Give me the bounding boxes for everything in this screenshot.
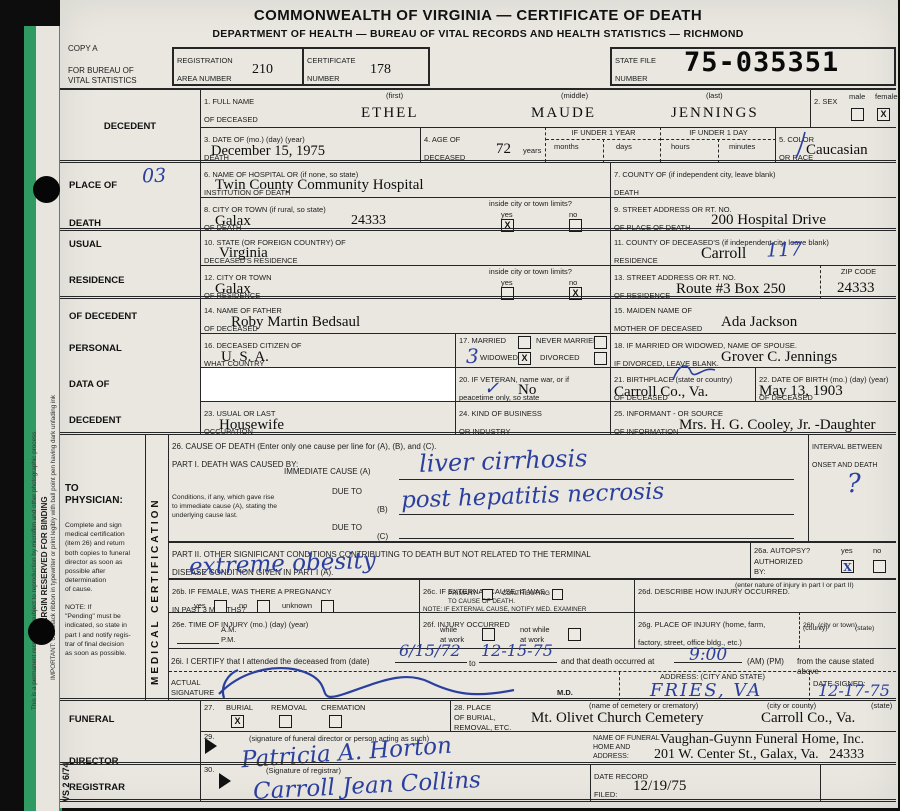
hospital-value: Twin County Community Hospital bbox=[215, 177, 424, 194]
registrar-number: 30. bbox=[204, 765, 214, 775]
primary-label: PRIMARY bbox=[448, 590, 477, 598]
field-veteran: 20. IF VETERAN, name war, or if peacetim… bbox=[455, 367, 610, 401]
to-physician-column: TO PHYSICIAN: Complete and sign medical … bbox=[60, 435, 145, 701]
residence-limits-no-label: no bbox=[569, 278, 577, 287]
citizen-value: U. S. A. bbox=[221, 349, 269, 366]
field-street-of-death: 9. STREET ADDRESS OR RT. NO. OF PLACE OF… bbox=[610, 197, 896, 231]
handwritten-scribble bbox=[669, 360, 719, 386]
removal-checkbox bbox=[279, 715, 292, 728]
hours-label: hours bbox=[671, 142, 690, 151]
autopsy-no-label: no bbox=[873, 546, 881, 555]
field-birthplace: 21. BIRTHPLACE (state or country) OF DEC… bbox=[610, 367, 755, 401]
field-color-or-race: 5. COLOR OR RACE Caucasian bbox=[775, 127, 896, 162]
funeral-home-address: 201 W. Center St., Galax, Va. 24333 bbox=[654, 747, 864, 763]
married-checkbox bbox=[518, 336, 531, 349]
residence-county-handwritten: 117 bbox=[766, 238, 803, 261]
widowed-label: WIDOWED bbox=[480, 353, 518, 363]
certificate-number-label: CERTIFICATE NUMBER bbox=[307, 56, 355, 83]
field-injury-location: 26h. (city or town) (county) (state) bbox=[799, 612, 896, 648]
field-funeral-director-signature: 29. (signature of funeral director or pe… bbox=[200, 731, 590, 765]
field-mother-name: 15. MAIDEN NAME OF MOTHER OF DECEASED Ad… bbox=[610, 299, 896, 333]
limits-no-label: no bbox=[569, 210, 577, 219]
sex-male-label: male bbox=[849, 92, 865, 101]
copy-label: COPY A bbox=[68, 44, 98, 54]
veteran-value: No bbox=[518, 382, 536, 399]
injury-county-label: (county) bbox=[803, 625, 828, 634]
date-of-death-value: December 15, 1975 bbox=[211, 143, 325, 160]
place-of-burial-label: 28. PLACE OF BURIAL, REMOVAL, ETC. bbox=[454, 703, 511, 732]
field-hospital: 6. NAME OF HOSPITAL OR (if none, so stat… bbox=[200, 163, 610, 197]
age-value: 72 bbox=[496, 141, 511, 158]
place-code-handwritten: 03 bbox=[142, 165, 167, 188]
disposition-number: 27. bbox=[204, 703, 214, 713]
cause-header: 26. CAUSE OF DEATH (Enter only one cause… bbox=[172, 442, 436, 469]
state-file-label: STATE FILE NUMBER bbox=[615, 56, 656, 83]
section-label-personal-data: PERSONAL DATA OF DECEDENT bbox=[66, 339, 176, 431]
limits-yes-label: yes bbox=[501, 210, 513, 219]
field-occupation: 23. USUAL OR LAST OCCUPATION Housewife bbox=[200, 401, 455, 435]
interval-handwritten: ? bbox=[846, 469, 861, 499]
autopsy-yes-checkbox: X bbox=[841, 560, 854, 573]
state-file-value: 75-035351 bbox=[684, 47, 839, 78]
document-subtitle: DEPARTMENT OF HEALTH — BUREAU OF VITAL R… bbox=[60, 28, 896, 40]
father-name-value: Roby Martin Bedsaul bbox=[231, 314, 360, 331]
removal-label: REMOVAL bbox=[271, 703, 307, 713]
medical-certification-label: MEDICAL CERTIFICATION bbox=[150, 455, 161, 685]
county-of-death-label: 7. COUNTY OF (if independent city, leave… bbox=[614, 170, 775, 197]
field-age: 4. AGE OF DECEASED 72 years bbox=[420, 127, 545, 162]
section-label-registrar: REGISTRAR bbox=[66, 777, 176, 798]
cause-b-handwritten: post hepatitis necrosis bbox=[401, 478, 665, 513]
time-of-injury-label: 26e. TIME OF INJURY (mo.) (day) (year) bbox=[172, 620, 308, 629]
how-injury-hint: (enter nature of injury in part I or par… bbox=[735, 582, 854, 589]
last-hint: (last) bbox=[706, 91, 723, 100]
field-marital-status: 17. MARRIED NEVER MARRIED 3 WIDOWED X DI… bbox=[455, 333, 610, 367]
field-disposition: 27. BURIAL REMOVAL CREMATION X bbox=[200, 701, 450, 731]
am-label: A.M. bbox=[221, 625, 236, 635]
city-of-death-zip-value: 24333 bbox=[351, 213, 386, 229]
first-name-value: ETHEL bbox=[361, 105, 418, 122]
certify-to-date-handwritten: 12-15-75 bbox=[481, 641, 553, 660]
date-of-birth-value: May 13, 1903 bbox=[759, 383, 843, 400]
widowed-checkbox: X bbox=[518, 352, 531, 365]
field-residence-street: 13. STREET ADDRESS OR RT. NO. OF RESIDEN… bbox=[610, 265, 820, 299]
divorced-label: DIVORCED bbox=[540, 353, 580, 363]
sex-label: 2. SEX bbox=[814, 97, 837, 106]
cause-of-death-part1: 26. CAUSE OF DEATH (Enter only one cause… bbox=[169, 435, 808, 541]
stray-pen-mark bbox=[794, 130, 808, 160]
autopsy-yes-label: yes bbox=[841, 546, 853, 555]
never-married-label: NEVER MARRIED bbox=[536, 336, 599, 346]
field-county-of-death: 7. COUNTY OF (if independent city, leave… bbox=[610, 163, 896, 197]
pregnancy-unknown-label: unknown bbox=[282, 601, 312, 610]
date-signed-cell: DATE SIGNED: 12-17-75 bbox=[809, 672, 896, 701]
bureau-label: FOR BUREAU OF VITAL STATISTICS bbox=[68, 66, 137, 87]
days-label: days bbox=[616, 142, 632, 151]
last-name-value: JENNINGS bbox=[671, 105, 759, 122]
to-physician-label: TO PHYSICIAN: bbox=[65, 483, 123, 507]
never-married-checkbox bbox=[594, 336, 607, 349]
field-informant: 25. INFORMANT - OR SOURCE OF INFORMATION… bbox=[610, 401, 896, 435]
b-label: (B) bbox=[377, 505, 388, 515]
pointer-triangle-icon bbox=[219, 773, 231, 789]
field-sex: 2. SEX male female X bbox=[810, 90, 896, 127]
redacted-area bbox=[200, 367, 455, 401]
cemetery-state-hint: (state) bbox=[871, 701, 892, 710]
field-residence-county: 11. COUNTY OF DECEASED'S (if independent… bbox=[610, 231, 896, 265]
field-external-cause: 26c. IF EXTERNAL CAUSE, IT WAS PRIMARY C… bbox=[419, 578, 634, 612]
physician-note2: NOTE: If "Pending" must be indicated, so… bbox=[65, 603, 131, 658]
contributing-label: CONTRIBUTING bbox=[502, 590, 550, 598]
to-cause-label: TO CAUSE OF DEATH. bbox=[448, 598, 515, 606]
field-date-of-birth: 22. DATE OF BIRTH (mo.) (day) (year) OF … bbox=[755, 367, 896, 401]
contributing-checkbox bbox=[552, 589, 563, 600]
veteran-handwritten-check: ✓ bbox=[484, 378, 499, 399]
cemetery-city-hint: (city or county) bbox=[767, 701, 816, 710]
field-full-name: 1. FULL NAME OF DECEASED (first) (middle… bbox=[200, 90, 810, 127]
interval-label: INTERVAL BETWEEN ONSET AND DEATH bbox=[812, 444, 882, 469]
birthplace-value: Carroll Co., Va. bbox=[614, 384, 708, 401]
registration-area-label: REGISTRATION AREA NUMBER bbox=[177, 56, 233, 83]
section-label-decedent: DECEDENT bbox=[60, 90, 200, 162]
field-if-under-1-day: IF UNDER 1 DAY hours minutes bbox=[660, 127, 775, 162]
document-title: COMMONWEALTH OF VIRGINIA — CERTIFICATE O… bbox=[60, 7, 896, 24]
interval-column: INTERVAL BETWEEN ONSET AND DEATH ? bbox=[808, 435, 896, 541]
mother-name-value: Ada Jackson bbox=[721, 314, 797, 331]
field-business: 24. KIND OF BUSINESS OR INDUSTRY bbox=[455, 401, 610, 435]
injury-state-label: (state) bbox=[855, 625, 874, 634]
residence-limits-yes-label: yes bbox=[501, 278, 513, 287]
part2-handwritten: extreme obesity bbox=[189, 548, 377, 581]
under-1-day-label: IF UNDER 1 DAY bbox=[661, 128, 776, 140]
pregnancy-no-label: no bbox=[239, 601, 247, 610]
authorized-by-label: AUTHORIZED BY: bbox=[754, 557, 803, 577]
street-of-death-value: 200 Hospital Drive bbox=[711, 212, 826, 229]
field-father-name: 14. NAME OF FATHER OF DECEASED Roby Mart… bbox=[200, 299, 610, 333]
burial-checkbox: X bbox=[231, 715, 244, 728]
field-place-of-injury: 26g. PLACE OF INJURY (home, farm, factor… bbox=[634, 612, 799, 648]
spouse-value: Grover C. Jennings bbox=[721, 349, 837, 366]
cremation-label: CREMATION bbox=[321, 703, 365, 713]
autopsy-no-checkbox bbox=[873, 560, 886, 573]
pm-label: P.M. bbox=[221, 635, 235, 645]
cremation-checkbox bbox=[329, 715, 342, 728]
registration-area-value: 210 bbox=[252, 62, 273, 78]
certify-mid-text: and that death occurred at bbox=[561, 657, 654, 667]
field-city-of-death: 8. CITY OR TOWN (if rural, so state) OF … bbox=[200, 197, 610, 231]
under-1-year-label: IF UNDER 1 YEAR bbox=[546, 128, 661, 140]
zip-value: 24333 bbox=[837, 280, 875, 297]
certify-from-date-handwritten: 6/15/72 bbox=[399, 641, 461, 660]
age-label: 4. AGE OF DECEASED bbox=[424, 135, 465, 162]
while-at-work-checkbox bbox=[482, 628, 495, 641]
binding-important-line1: IMPORTANT: Use black ribbon in typewrite… bbox=[50, 120, 57, 680]
due-to-b-label: DUE TO bbox=[332, 487, 362, 497]
zip-label: ZIP CODE bbox=[824, 267, 893, 277]
injury-occurred-label: 26f. INJURY OCCURRED bbox=[423, 620, 510, 629]
sex-female-checkbox: X bbox=[877, 108, 890, 121]
physician-note1: Complete and sign medical certification … bbox=[65, 521, 130, 594]
middle-name-value: MAUDE bbox=[531, 105, 596, 122]
field-funeral-home: NAME OF FUNERAL HOME AND ADDRESS: Vaugha… bbox=[590, 731, 896, 765]
place-of-injury-label: 26g. PLACE OF INJURY (home, farm, factor… bbox=[638, 620, 765, 647]
burial-label: BURIAL bbox=[226, 703, 253, 713]
sex-male-checkbox bbox=[851, 108, 864, 121]
not-while-at-work-checkbox bbox=[568, 628, 581, 641]
part2-row: PART II. OTHER SIGNIFICANT CONDITIONS CO… bbox=[169, 541, 750, 578]
marital-handwritten: 3 bbox=[466, 344, 479, 368]
field-pregnancy: 26b. IF FEMALE, WAS THERE A PREGNANCY IN… bbox=[169, 578, 419, 612]
months-label: months bbox=[554, 142, 579, 151]
field-registrar-signature: 30. (Signature of registrar) Carroll Jea… bbox=[200, 765, 590, 802]
registrar-signature-hint: (Signature of registrar) bbox=[266, 766, 341, 775]
physician-address-cell: ADDRESS: (CITY AND STATE) FRIES, VA bbox=[619, 672, 809, 701]
field-place-of-burial: 28. PLACE OF BURIAL, REMOVAL, ETC. (name… bbox=[450, 701, 896, 731]
blank-line bbox=[177, 643, 219, 644]
cemetery-city-value: Carroll Co., Va. bbox=[761, 710, 855, 727]
minutes-label: minutes bbox=[729, 142, 755, 151]
residence-state-value: Virginia bbox=[219, 245, 268, 262]
binding-margin-title: MARGIN RESERVED FOR BINDING bbox=[40, 150, 49, 630]
field-spouse: 18. IF MARRIED OR WIDOWED, NAME OF SPOUS… bbox=[610, 333, 896, 367]
field-residence-city: 12. CITY OR TOWN OF RESIDENCE Galax insi… bbox=[200, 265, 610, 299]
field-time-of-injury: 26e. TIME OF INJURY (mo.) (day) (year) A… bbox=[169, 612, 419, 648]
middle-hint: (middle) bbox=[561, 91, 588, 100]
field-if-under-1-year: IF UNDER 1 YEAR months days bbox=[545, 127, 660, 162]
funeral-home-name: Vaughan-Guynn Funeral Home, Inc. bbox=[660, 732, 864, 748]
due-to-c-label: DUE TO bbox=[332, 523, 362, 533]
field-residence-state: 10. STATE (OR FOREIGN COUNTRY) OF DECEAS… bbox=[200, 231, 610, 265]
certificate-number-box: CERTIFICATE NUMBER 178 bbox=[304, 47, 430, 86]
punch-hole-top bbox=[33, 176, 60, 203]
certificate-paper: VS 2 6/74 COMMONWEALTH OF VIRGINIA — CER… bbox=[60, 0, 898, 808]
color-race-value: Caucasian bbox=[806, 142, 868, 159]
cemetery-hint: (name of cemetery or crematory) bbox=[589, 701, 698, 710]
mother-name-label: 15. MAIDEN NAME OF MOTHER OF DECEASED bbox=[614, 306, 702, 333]
empty-cell bbox=[820, 765, 896, 802]
sex-female-label: female bbox=[875, 92, 898, 101]
immediate-cause-label: IMMEDIATE CAUSE (A) bbox=[284, 467, 371, 477]
pregnancy-yes-label: yes bbox=[194, 601, 206, 610]
cause-a-handwritten: liver cirrhosis bbox=[419, 444, 588, 478]
state-file-box: STATE FILE NUMBER 75-035351 bbox=[610, 47, 896, 86]
full-name-label: 1. FULL NAME OF DECEASED bbox=[204, 97, 258, 124]
certify-ampm-label: (AM) (PM) bbox=[747, 657, 784, 667]
field-how-injury: 26d. DESCRIBE HOW INJURY OCCURRED. (ente… bbox=[634, 578, 896, 612]
medical-certification-strip: MEDICAL CERTIFICATION bbox=[145, 435, 169, 701]
field-date-filed: DATE RECORD FILED: 12/19/75 bbox=[590, 765, 820, 802]
actual-signature-label: ACTUAL SIGNATURE bbox=[171, 678, 214, 698]
age-unit-label: years bbox=[523, 146, 541, 155]
conditions-note: Conditions, if any, which gave rise to i… bbox=[172, 493, 277, 521]
limits-label: inside city or town limits? bbox=[489, 199, 572, 208]
registration-area-box: REGISTRATION AREA NUMBER 210 bbox=[172, 47, 304, 86]
field-date-of-death: 3. DATE OF (mo.) (day) (year) DEATH Dece… bbox=[200, 127, 420, 162]
cemetery-value: Mt. Olivet Church Cemetery bbox=[531, 710, 703, 727]
field-autopsy: 26a. AUTOPSY? yes no AUTHORIZED BY: X bbox=[750, 541, 896, 578]
autopsy-label: 26a. AUTOPSY? bbox=[754, 546, 810, 556]
residence-limits-label: inside city or town limits? bbox=[489, 267, 572, 276]
certificate-number-value: 178 bbox=[370, 62, 391, 78]
first-hint: (first) bbox=[386, 91, 403, 100]
punch-hole-bottom bbox=[28, 618, 55, 645]
divorced-checkbox bbox=[594, 352, 607, 365]
md-label: M.D. bbox=[557, 688, 573, 698]
residence-county-value: Carroll bbox=[701, 245, 746, 263]
field-zip: ZIP CODE 24333 bbox=[820, 265, 896, 299]
funeral-home-label: NAME OF FUNERAL HOME AND ADDRESS: bbox=[593, 734, 660, 761]
fd-number: 29. bbox=[204, 732, 214, 742]
date-filed-value: 12/19/75 bbox=[633, 778, 686, 795]
physician-signature-cell: ACTUAL SIGNATURE M.D. bbox=[169, 672, 619, 701]
field-citizen: 16. DECEASED CITIZEN OF WHAT COUNTRY U. … bbox=[200, 333, 455, 367]
veteran-label: 20. IF VETERAN, name war, or if peacetim… bbox=[459, 375, 569, 402]
